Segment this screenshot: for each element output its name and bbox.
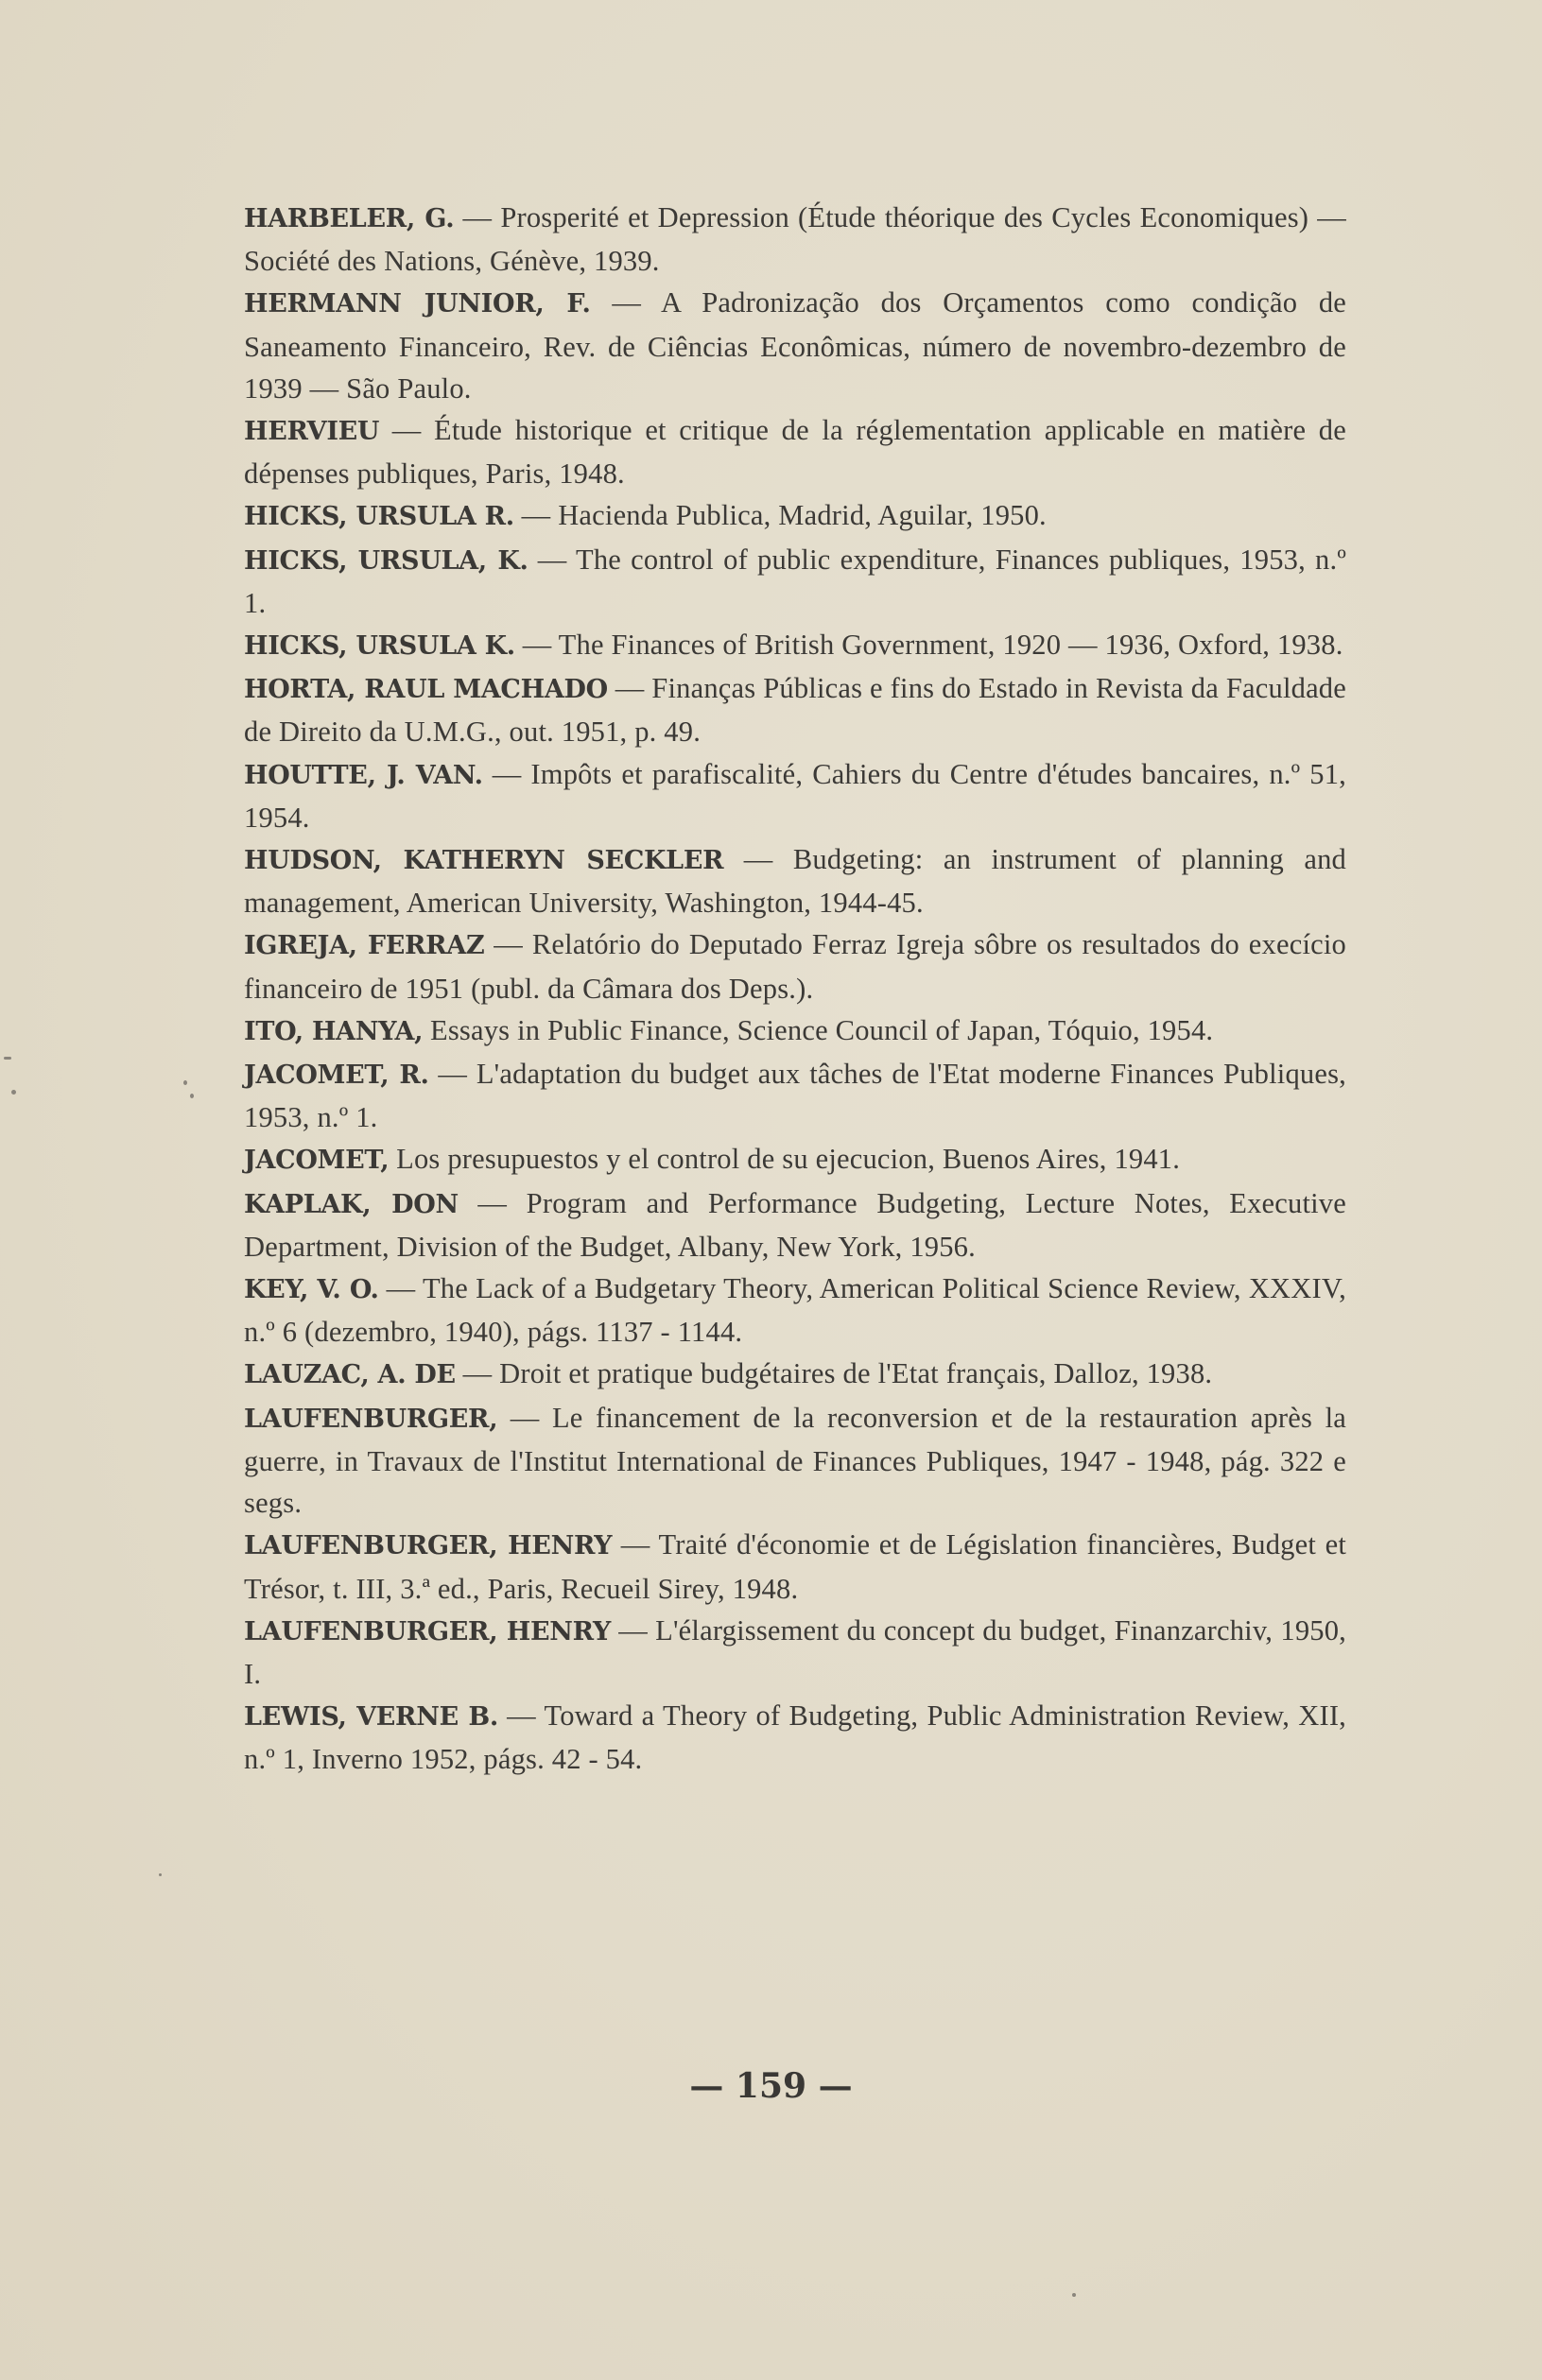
page-number: — 159 — bbox=[0, 2066, 1542, 2106]
bib-entry: HORTA, RAUL MACHADO — Finanças Públicas … bbox=[244, 667, 1346, 752]
entry-author: HORTA, RAUL MACHADO bbox=[244, 675, 608, 704]
entry-text: — The Finances of British Government, 19… bbox=[515, 629, 1343, 661]
entry-author: KEY, V. O. bbox=[244, 1275, 379, 1304]
entry-author: LAUFENBURGER, HENRY bbox=[244, 1531, 612, 1561]
bib-entry: LAUZAC, A. DE — Droit et pratique budgét… bbox=[244, 1353, 1346, 1396]
entry-author: JACOMET, bbox=[244, 1146, 389, 1175]
entry-author: HICKS, URSULA K. bbox=[244, 631, 515, 661]
bib-entry: LEWIS, VERNE B. — Toward a Theory of Bud… bbox=[244, 1695, 1346, 1780]
bib-entry: HICKS, URSULA K. — The Finances of Briti… bbox=[244, 624, 1346, 667]
entry-text: — Étude historique et critique de la rég… bbox=[244, 414, 1346, 490]
bibliography-list: HARBELER, G. — Prosperité et Depression … bbox=[244, 197, 1346, 1781]
bib-entry: HICKS, URSULA, K. — The control of publi… bbox=[244, 539, 1346, 624]
bib-entry: HUDSON, KATHERYN SECKLER — Budgeting: an… bbox=[244, 838, 1346, 923]
scan-speck bbox=[159, 1873, 162, 1876]
bib-entry: KAPLAK, DON — Program and Performance Bu… bbox=[244, 1182, 1346, 1268]
entry-author: HERMANN JUNIOR, F. bbox=[244, 289, 591, 319]
bib-entry: HERVIEU — Étude historique et critique d… bbox=[244, 409, 1346, 494]
scan-speck bbox=[183, 1080, 187, 1085]
entry-text: — Droit et pratique budgétaires de l'Eta… bbox=[456, 1357, 1212, 1389]
entry-author: HARBELER, G. bbox=[244, 204, 454, 233]
entry-author: KAPLAK, DON bbox=[244, 1190, 459, 1219]
bib-entry: LAUFENBURGER, HENRY — Traité d'économie … bbox=[244, 1524, 1346, 1609]
scan-speck bbox=[4, 1057, 11, 1060]
bib-entry: HARBELER, G. — Prosperité et Depression … bbox=[244, 197, 1346, 282]
bib-entry: ITO, HANYA, Essays in Public Finance, Sc… bbox=[244, 1009, 1346, 1053]
entry-text: Essays in Public Finance, Science Counci… bbox=[423, 1014, 1213, 1046]
entry-author: HOUTTE, J. VAN. bbox=[244, 761, 483, 790]
entry-author: LAUFENBURGER, HENRY bbox=[244, 1617, 611, 1647]
entry-author: HERVIEU bbox=[244, 417, 379, 446]
entry-text: — Hacienda Publica, Madrid, Aguilar, 195… bbox=[514, 499, 1047, 531]
entry-author: IGREJA, FERRAZ bbox=[244, 931, 484, 960]
bib-entry: HICKS, URSULA R. — Hacienda Publica, Mad… bbox=[244, 494, 1346, 538]
entry-author: LAUZAC, A. DE bbox=[244, 1360, 456, 1389]
entry-text: — The Lack of a Budgetary Theory, Americ… bbox=[244, 1272, 1346, 1348]
entry-author: LEWIS, VERNE B. bbox=[244, 1702, 498, 1732]
entry-author: LAUFENBURGER, bbox=[244, 1405, 497, 1434]
scan-speck bbox=[1072, 2293, 1076, 2297]
entry-author: HICKS, URSULA R. bbox=[244, 502, 514, 531]
scan-speck bbox=[190, 1094, 194, 1098]
scan-speck bbox=[11, 1090, 16, 1095]
scanned-page: HARBELER, G. — Prosperité et Depression … bbox=[0, 0, 1542, 2380]
entry-author: JACOMET, R. bbox=[244, 1061, 429, 1090]
bib-entry: JACOMET, R. — L'adaptation du budget aux… bbox=[244, 1053, 1346, 1138]
bib-entry: IGREJA, FERRAZ — Relatório do Deputado F… bbox=[244, 923, 1346, 1009]
entry-author: ITO, HANYA, bbox=[244, 1017, 423, 1046]
entry-author: HICKS, URSULA, K. bbox=[244, 546, 528, 576]
bib-entry: LAUFENBURGER, HENRY — L'élargissement du… bbox=[244, 1610, 1346, 1695]
bib-entry: HOUTTE, J. VAN. — Impôts et parafiscalit… bbox=[244, 753, 1346, 838]
bib-entry: JACOMET, Los presupuestos y el control d… bbox=[244, 1138, 1346, 1181]
entry-text: Los presupuestos y el control de su ejec… bbox=[389, 1143, 1180, 1175]
entry-author: HUDSON, KATHERYN SECKLER bbox=[244, 846, 723, 875]
bib-entry: HERMANN JUNIOR, F. — A Padronização dos … bbox=[244, 282, 1346, 409]
bib-entry: KEY, V. O. — The Lack of a Budgetary The… bbox=[244, 1268, 1346, 1353]
bib-entry: LAUFENBURGER, — Le financement de la rec… bbox=[244, 1397, 1346, 1525]
